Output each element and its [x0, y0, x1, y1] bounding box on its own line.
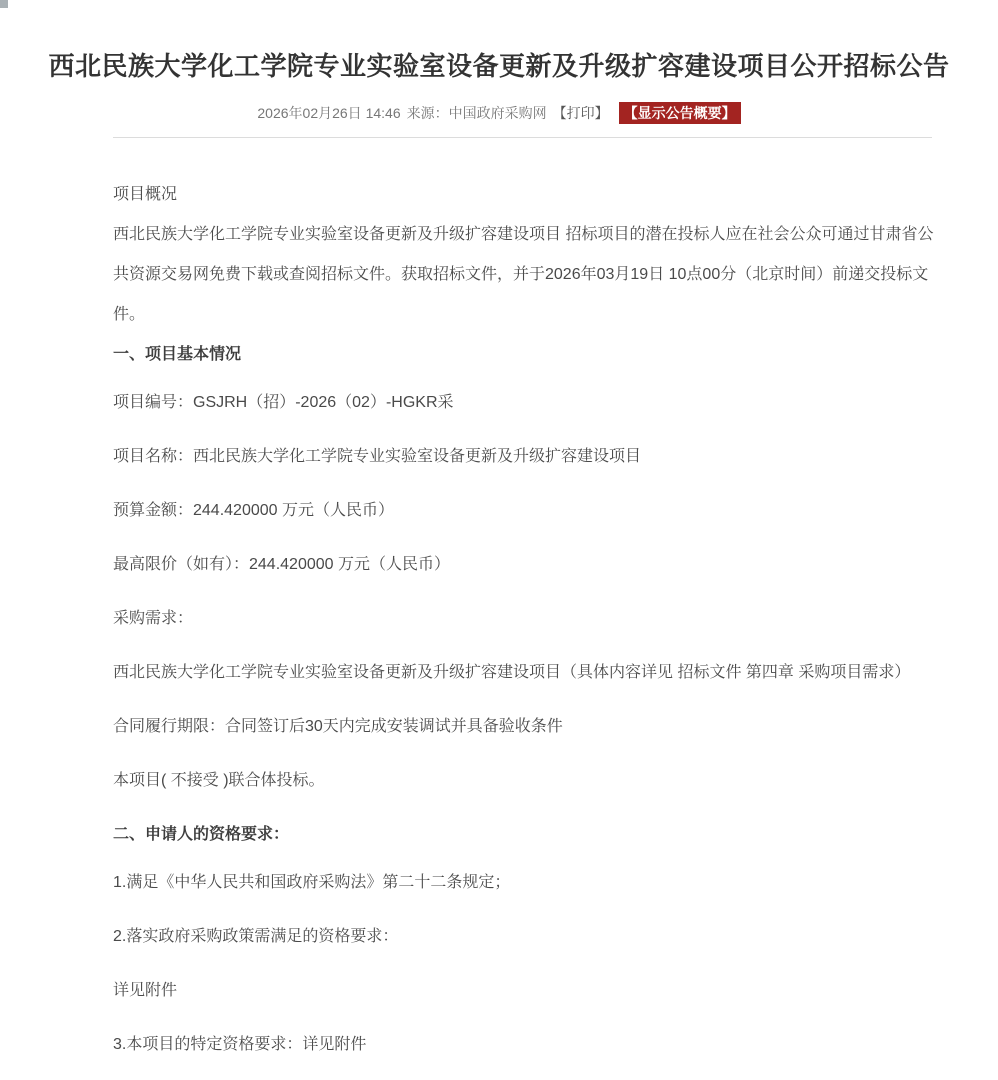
project-number: 项目编号：GSJRH（招）-2026（02）-HGKR采: [113, 383, 935, 423]
overview-body: 西北民族大学化工学院专业实验室设备更新及升级扩容建设项目 招标项目的潜在投标人应…: [113, 215, 935, 335]
corner-mark: [0, 0, 8, 8]
budget-amount: 预算金额：244.420000 万元（人民币）: [113, 491, 935, 531]
max-price: 最高限价（如有）：244.420000 万元（人民币）: [113, 545, 935, 585]
source-text: 来源：中国政府采购网: [407, 103, 547, 123]
show-summary-button[interactable]: 【显示公告概要】: [619, 102, 741, 124]
print-button[interactable]: 【打印】: [553, 103, 609, 123]
meta-bar: 2026年02月26日 14:46 来源：中国政府采购网 【打印】 【显示公告概…: [0, 102, 998, 124]
consortium-bid-note: 本项目( 不接受 )联合体投标。: [113, 761, 935, 801]
procurement-demand-label: 采购需求：: [113, 599, 935, 639]
section-2-heading: 二、申请人的资格要求：: [113, 815, 935, 855]
qualification-item-2: 2.落实政府采购政策需满足的资格要求：: [113, 917, 935, 957]
project-name: 项目名称：西北民族大学化工学院专业实验室设备更新及升级扩容建设项目: [113, 437, 935, 477]
procurement-demand-detail: 西北民族大学化工学院专业实验室设备更新及升级扩容建设项目（具体内容详见 招标文件…: [113, 653, 935, 693]
contract-period: 合同履行期限：合同签订后30天内完成安装调试并具备验收条件: [113, 707, 935, 747]
announcement-body: 项目概况 西北民族大学化工学院专业实验室设备更新及升级扩容建设项目 招标项目的潜…: [0, 138, 998, 1065]
publish-datetime: 2026年02月26日 14:46: [257, 103, 400, 123]
qualification-item-1: 1.满足《中华人民共和国政府采购法》第二十二条规定；: [113, 863, 935, 903]
announcement-page: 西北民族大学化工学院专业实验室设备更新及升级扩容建设项目公开招标公告 2026年…: [0, 0, 998, 1065]
see-attachment-note: 详见附件: [113, 971, 935, 1011]
page-title: 西北民族大学化工学院专业实验室设备更新及升级扩容建设项目公开招标公告: [0, 46, 998, 86]
section-1-heading: 一、项目基本情况: [113, 335, 935, 375]
overview-title: 项目概况: [113, 175, 935, 215]
qualification-item-3: 3.本项目的特定资格要求：详见附件: [113, 1025, 935, 1065]
